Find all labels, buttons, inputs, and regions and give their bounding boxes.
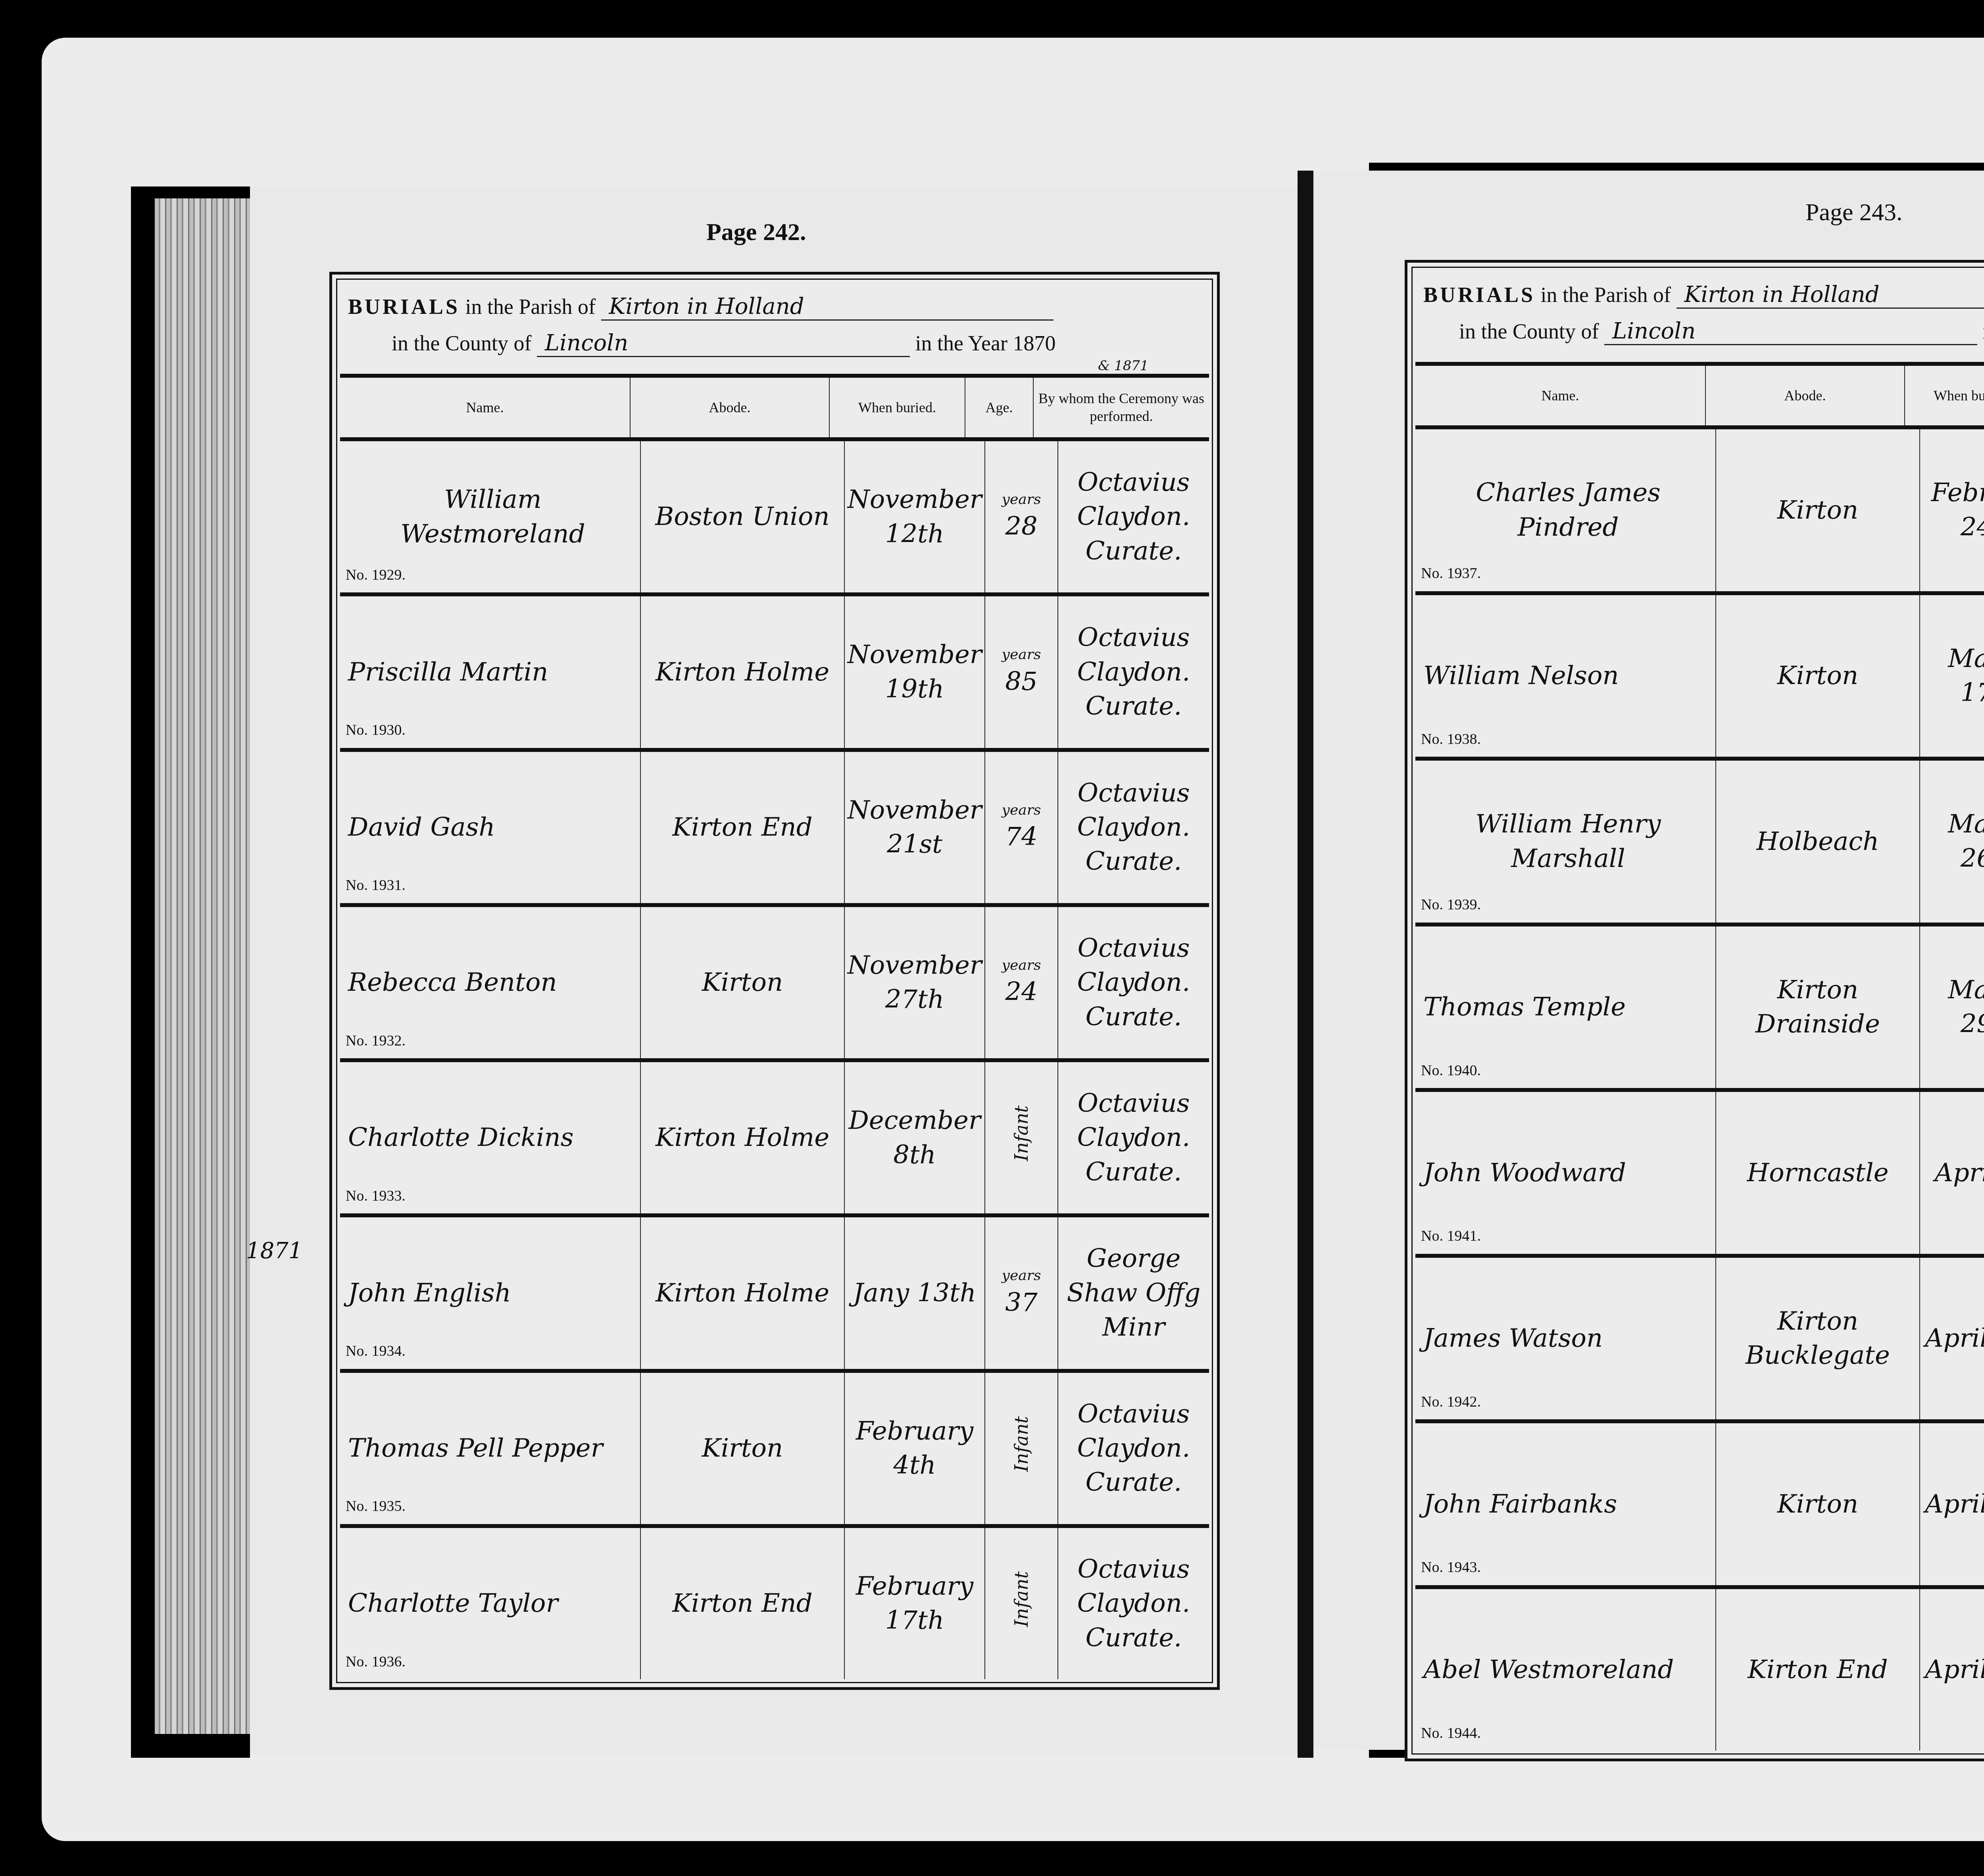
page-edges-left xyxy=(155,198,250,1734)
entry-name: Abel Westmoreland xyxy=(1423,1653,1674,1687)
column-headers: Name. Abode. When buried. Age. By whom t… xyxy=(1415,366,1984,429)
entry-number: No. 1931. xyxy=(346,875,406,896)
entry-abode: Horncastle xyxy=(1716,1092,1920,1254)
entry-name: Thomas Temple xyxy=(1423,990,1626,1024)
year-prefix: in the Year xyxy=(1982,319,1984,343)
entry-when-buried: November 27th xyxy=(845,907,985,1058)
register-rows: William Westmoreland No. 1929. Boston Un… xyxy=(340,441,1209,1679)
entry-name: David Gash xyxy=(348,810,495,844)
register-entry: William Westmoreland No. 1929. Boston Un… xyxy=(340,441,1209,596)
entry-name: Priscilla Martin xyxy=(348,655,548,689)
entry-name: Charles James Pindred xyxy=(1423,476,1713,544)
register-entry: William Henry Marshall No. 1939. Holbeac… xyxy=(1415,761,1984,926)
entry-number: No. 1936. xyxy=(346,1652,406,1672)
col-name: Name. xyxy=(340,378,631,437)
entry-officiant: Octavius Claydon. Curate. xyxy=(1058,441,1209,592)
burial-register-table: BURIALS in the Parish of Kirton in Holla… xyxy=(329,272,1220,1690)
entry-age: Infant xyxy=(985,1062,1058,1213)
register-entry: William Nelson No. 1938. Kirton March 17… xyxy=(1415,595,1984,761)
parish-value: Kirton in Holland xyxy=(1676,282,1984,309)
register-entry: Rebecca Benton No. 1932. Kirton November… xyxy=(340,907,1209,1062)
entry-age: years 85 xyxy=(985,596,1058,748)
entry-when-buried: April 12th xyxy=(1920,1258,1984,1420)
county-value: Lincoln xyxy=(1604,318,1977,345)
entry-when-buried: April 13th xyxy=(1920,1423,1984,1585)
entry-name-cell: William Henry Marshall No. 1939. xyxy=(1415,761,1716,923)
entry-abode: Kirton Holme xyxy=(641,1217,845,1369)
entry-age-value: 24 xyxy=(1005,977,1037,1007)
entry-when-buried: December 8th xyxy=(845,1062,985,1213)
entry-when-buried: Jany 13th xyxy=(845,1217,985,1369)
page-number: Page 243. xyxy=(1805,198,1903,227)
entry-officiant: Octavius Claydon. Curate. xyxy=(1058,1062,1209,1213)
entry-abode: Kirton Bucklegate xyxy=(1716,1258,1920,1420)
entry-officiant: Octavius Claydon. Curate. xyxy=(1058,752,1209,903)
entry-abode: Kirton Holme xyxy=(641,596,845,748)
entry-number: No. 1941. xyxy=(1421,1226,1481,1246)
entry-age: Infant xyxy=(985,1528,1058,1679)
entry-name-cell: John Fairbanks No. 1943. xyxy=(1415,1423,1716,1585)
entry-name-cell: Priscilla Martin No. 1930. xyxy=(340,596,641,748)
column-headers: Name. Abode. When buried. Age. By whom t… xyxy=(340,378,1209,441)
col-when-buried: When buried. xyxy=(830,378,965,437)
register-entry: James Watson No. 1942. Kirton Bucklegate… xyxy=(1415,1258,1984,1424)
entry-age-value: 28 xyxy=(1005,512,1037,541)
entry-abode: Kirton Drainside xyxy=(1716,926,1920,1088)
entry-name: Charlotte Dickins xyxy=(348,1121,574,1155)
entry-name-cell: Charles James Pindred No. 1937. xyxy=(1415,429,1716,591)
entry-when-buried: March 26th xyxy=(1920,761,1984,923)
register-header: BURIALS in the Parish of Kirton in Holla… xyxy=(340,283,1209,378)
entry-age-value: 85 xyxy=(1005,667,1037,696)
entry-name: William Henry Marshall xyxy=(1423,807,1713,876)
entry-when-buried: February 17th xyxy=(845,1528,985,1679)
register-entry: David Gash No. 1931. Kirton End November… xyxy=(340,752,1209,907)
entry-name-cell: Rebecca Benton No. 1932. xyxy=(340,907,641,1058)
entry-abode: Holbeach xyxy=(1716,761,1920,923)
entry-abode: Kirton xyxy=(1716,429,1920,591)
entry-name-cell: Charlotte Dickins No. 1933. xyxy=(340,1062,641,1213)
entry-age: years 37 xyxy=(985,1217,1058,1369)
register-entry: John English No. 1934. Kirton Holme Jany… xyxy=(340,1217,1209,1372)
burials-label: BURIALS xyxy=(1423,283,1535,307)
entry-age-value: Infant xyxy=(1009,1571,1034,1627)
entry-number: No. 1942. xyxy=(1421,1392,1481,1412)
entry-officiant: Octavius Claydon. Curate. xyxy=(1058,1373,1209,1524)
entry-number: No. 1944. xyxy=(1421,1723,1481,1743)
entry-when-buried: March 17th xyxy=(1920,595,1984,757)
entry-when-buried: April 20th xyxy=(1920,1589,1984,1751)
entry-when-buried: March 29th xyxy=(1920,926,1984,1088)
col-abode: Abode. xyxy=(631,378,830,437)
register-entry: John Fairbanks No. 1943. Kirton April 13… xyxy=(1415,1423,1984,1589)
entry-number: No. 1943. xyxy=(1421,1557,1481,1578)
book-gutter xyxy=(1298,171,1313,1758)
margin-note-year: 1871 xyxy=(246,1238,303,1264)
register-entry: John Woodward No. 1941. Horncastle April… xyxy=(1415,1092,1984,1258)
entry-age-unit: years xyxy=(1002,645,1041,665)
entry-officiant: Octavius Claydon. Curate. xyxy=(1058,1528,1209,1679)
entry-number: No. 1938. xyxy=(1421,729,1481,750)
register-entry: Charles James Pindred No. 1937. Kirton F… xyxy=(1415,429,1984,595)
year-prefix: in the Year xyxy=(915,331,1007,355)
entry-abode: Kirton xyxy=(641,907,845,1058)
entry-number: No. 1935. xyxy=(346,1496,406,1517)
entry-age: Infant xyxy=(985,1373,1058,1524)
county-value: Lincoln xyxy=(537,330,910,357)
entry-name-cell: Abel Westmoreland No. 1944. xyxy=(1415,1589,1716,1751)
register-entry: Abel Westmoreland No. 1944. Kirton End A… xyxy=(1415,1589,1984,1751)
entry-number: No. 1937. xyxy=(1421,563,1481,584)
register-entry: Thomas Pell Pepper No. 1935. Kirton Febr… xyxy=(340,1373,1209,1528)
entry-name: James Watson xyxy=(1423,1321,1603,1355)
year-annotation: & 1871 xyxy=(1098,358,1149,374)
entry-age: years 24 xyxy=(985,907,1058,1058)
entry-name: John English xyxy=(348,1276,511,1310)
entry-name: John Fairbanks xyxy=(1423,1487,1617,1521)
entry-number: No. 1933. xyxy=(346,1186,406,1206)
register-entry: Charlotte Taylor No. 1936. Kirton End Fe… xyxy=(340,1528,1209,1679)
entry-number: No. 1934. xyxy=(346,1341,406,1361)
entry-when-buried: February 4th xyxy=(845,1373,985,1524)
entry-age-value: Infant xyxy=(1009,1105,1034,1161)
entry-number: No. 1929. xyxy=(346,565,406,585)
entry-when-buried: February 24th xyxy=(1920,429,1984,591)
entry-name: William Westmoreland xyxy=(348,482,638,551)
entry-name-cell: James Watson No. 1942. xyxy=(1415,1258,1716,1420)
entry-number: No. 1930. xyxy=(346,720,406,740)
entry-age: years 28 xyxy=(985,441,1058,592)
entry-name-cell: John English No. 1934. xyxy=(340,1217,641,1369)
entry-abode: Kirton xyxy=(641,1373,845,1524)
entry-age-value: Infant xyxy=(1009,1416,1034,1472)
entry-age: years 74 xyxy=(985,752,1058,903)
entry-abode: Boston Union xyxy=(641,441,845,592)
entry-name: Charlotte Taylor xyxy=(348,1586,558,1620)
entry-name: Rebecca Benton xyxy=(348,965,557,1000)
entry-when-buried: November 21st xyxy=(845,752,985,903)
entry-number: No. 1939. xyxy=(1421,895,1481,915)
register-header: BURIALS in the Parish of Kirton in Holla… xyxy=(1415,271,1984,366)
entry-abode: Kirton xyxy=(1716,1423,1920,1585)
burial-register-table: BURIALS in the Parish of Kirton in Holla… xyxy=(1405,260,1984,1761)
entry-name-cell: William Nelson No. 1938. xyxy=(1415,595,1716,757)
county-prefix: in the County of xyxy=(1459,319,1599,343)
entry-abode: Kirton End xyxy=(641,1528,845,1679)
year-value: 1870 xyxy=(1013,331,1055,355)
register-entry: Charlotte Dickins No. 1933. Kirton Holme… xyxy=(340,1062,1209,1217)
entry-officiant: George Shaw Offg Minr xyxy=(1058,1217,1209,1369)
register-entry: Thomas Temple No. 1940. Kirton Drainside… xyxy=(1415,926,1984,1092)
entry-age-value: 37 xyxy=(1005,1288,1037,1317)
left-page: Page 242. 1871 BURIALS in the Parish of … xyxy=(250,186,1298,1754)
register-entry: Priscilla Martin No. 1930. Kirton Holme … xyxy=(340,596,1209,752)
burials-label: BURIALS xyxy=(348,295,460,319)
register-rows: Charles James Pindred No. 1937. Kirton F… xyxy=(1415,429,1984,1751)
entry-name: Thomas Pell Pepper xyxy=(348,1431,603,1465)
col-abode: Abode. xyxy=(1706,366,1905,425)
entry-officiant: Octavius Claydon. Curate. xyxy=(1058,907,1209,1058)
col-officiant: By whom the Ceremony was performed. xyxy=(1034,378,1209,437)
right-page: Page 243. Small pox BURIALS in the Paris… xyxy=(1313,171,1984,1750)
entry-when-buried: April 1st xyxy=(1920,1092,1984,1254)
entry-number: No. 1932. xyxy=(346,1031,406,1051)
entry-number: No. 1940. xyxy=(1421,1061,1481,1081)
entry-age-unit: years xyxy=(1002,1266,1041,1286)
county-prefix: in the County of xyxy=(392,331,531,355)
col-age: Age. xyxy=(965,378,1034,437)
page-number: Page 242. xyxy=(706,218,806,246)
col-name: Name. xyxy=(1415,366,1706,425)
entry-abode: Kirton End xyxy=(1716,1589,1920,1751)
entry-name: John Woodward xyxy=(1423,1156,1626,1190)
parish-prefix: in the Parish of xyxy=(1541,283,1671,307)
entry-officiant: Octavius Claydon. Curate. xyxy=(1058,596,1209,748)
entry-when-buried: November 19th xyxy=(845,596,985,748)
entry-name-cell: Charlotte Taylor No. 1936. xyxy=(340,1528,641,1679)
entry-name: William Nelson xyxy=(1423,659,1619,693)
entry-age-unit: years xyxy=(1002,801,1041,820)
entry-abode: Kirton xyxy=(1716,595,1920,757)
entry-name-cell: William Westmoreland No. 1929. xyxy=(340,441,641,592)
col-when-buried: When buried. xyxy=(1905,366,1984,425)
entry-abode: Kirton End xyxy=(641,752,845,903)
entry-age-unit: years xyxy=(1002,490,1041,509)
parish-prefix: in the Parish of xyxy=(465,295,596,319)
entry-name-cell: Thomas Temple No. 1940. xyxy=(1415,926,1716,1088)
entry-age-value: 74 xyxy=(1005,822,1037,852)
entry-name-cell: John Woodward No. 1941. xyxy=(1415,1092,1716,1254)
entry-when-buried: November 12th xyxy=(845,441,985,592)
entry-abode: Kirton Holme xyxy=(641,1062,845,1213)
entry-name-cell: Thomas Pell Pepper No. 1935. xyxy=(340,1373,641,1524)
entry-name-cell: David Gash No. 1931. xyxy=(340,752,641,903)
entry-age-unit: years xyxy=(1002,956,1041,975)
parish-value: Kirton in Holland xyxy=(601,294,1054,321)
